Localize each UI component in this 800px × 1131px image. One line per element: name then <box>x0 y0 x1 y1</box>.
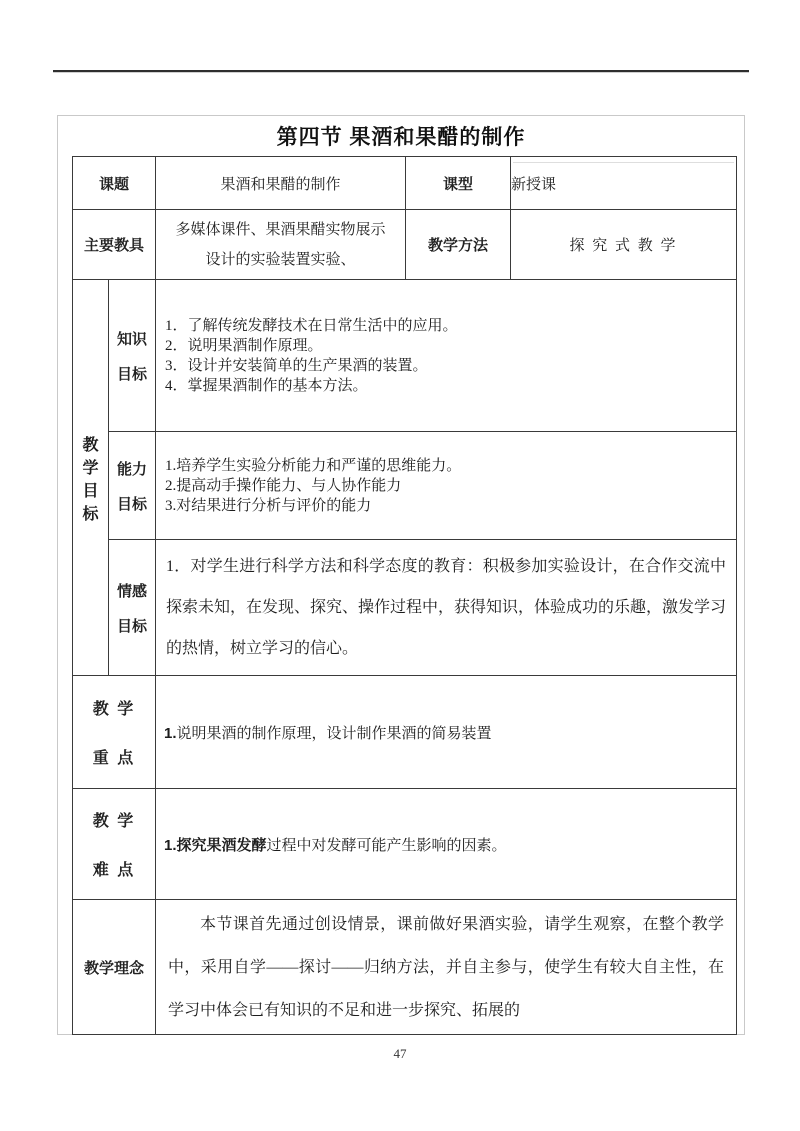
difficulty-label-cell: 教 学 难 点 <box>73 789 156 900</box>
emotion-goal-text: 1．对学生进行科学方法和科学态度的教育：积极参加实验设计，在合作交流中探索未知，… <box>156 540 736 675</box>
tools-value-line2: 设计的实验装置实验、 <box>206 249 356 271</box>
emotion-goal-label-line2: 目标 <box>117 615 147 636</box>
course-type-label-cell: 课型 <box>406 157 511 210</box>
knowledge-item-1: 1．了解传统发酵技术在日常生活中的应用。 <box>165 316 728 336</box>
ability-goal-label-line1: 能力 <box>117 458 147 479</box>
philosophy-text: 本节课首先通过创设情景，课前做好果酒实验，请学生观察，在整个教学中，采用自学——… <box>156 901 736 1034</box>
page-title: 第四节 果酒和果醋的制作 <box>58 122 744 154</box>
lesson-plan-table: 课题 果酒和果醋的制作 课型 新授课 主要教具 多媒体课件、果酒果醋实物展示 设… <box>72 156 737 1035</box>
ability-goal-label-cell: 能力 目标 <box>109 432 156 540</box>
course-type-value: 新授课 <box>511 177 556 193</box>
knowledge-item-3: 3．设计并安装简单的生产果酒的装置。 <box>165 356 728 376</box>
difficulty-label-line2: 难 点 <box>93 857 135 880</box>
header-rule <box>53 70 749 73</box>
difficulty-label-line1: 教 学 <box>93 808 135 831</box>
knowledge-goal-label-line2: 目标 <box>117 363 147 384</box>
ability-item-3: 3.对结果进行分析与评价的能力 <box>165 496 728 516</box>
topic-label-cell: 课题 <box>73 157 156 210</box>
philosophy-label-cell: 教学理念 <box>73 900 156 1035</box>
knowledge-goal-label-line1: 知识 <box>117 328 147 349</box>
emotion-goal-label-line1: 情感 <box>117 580 147 601</box>
goals-char-3: 目 <box>82 478 98 501</box>
tools-label-cell: 主要教具 <box>73 210 156 280</box>
document-page: 第四节 果酒和果醋的制作 课题 果酒和果醋的制作 课型 新授课 主要教具 <box>0 0 800 1131</box>
tools-value-line1: 多媒体课件、果酒果醋实物展示 <box>176 219 386 241</box>
difficulty-text-cell: 1.探究果酒发酵过程中对发酵可能产生影响的因素。 <box>156 789 737 900</box>
knowledge-goal-label-cell: 知识 目标 <box>109 280 156 432</box>
course-type-value-cell: 新授课 <box>511 157 737 210</box>
emotion-goal-text-cell: 1．对学生进行科学方法和科学态度的教育：积极参加实验设计，在合作交流中探索未知，… <box>156 540 737 676</box>
method-value-cell: 探 究 式 教 学 <box>511 210 737 280</box>
goals-char-4: 标 <box>82 501 98 524</box>
philosophy-text-cell: 本节课首先通过创设情景，课前做好果酒实验，请学生观察，在整个教学中，采用自学——… <box>156 900 737 1035</box>
focus-number: 1. <box>164 725 177 742</box>
emotion-goal-label-cell: 情感 目标 <box>109 540 156 676</box>
focus-label-line1: 教 学 <box>93 696 135 719</box>
ability-goal-label-line2: 目标 <box>117 493 147 514</box>
focus-label-line2: 重 点 <box>93 745 135 768</box>
page-number: 47 <box>0 1046 800 1062</box>
difficulty-bold-part: 1.探究果酒发酵 <box>164 837 267 854</box>
topic-value-cell: 果酒和果醋的制作 <box>156 157 406 210</box>
focus-text-cell: 1.说明果酒的制作原理，设计制作果酒的简易装置 <box>156 676 737 789</box>
goals-char-1: 教 <box>82 432 98 455</box>
knowledge-goal-items-cell: 1．了解传统发酵技术在日常生活中的应用。 2．说明果酒制作原理。 3．设计并安装… <box>156 280 737 432</box>
difficulty-text: 过程中对发酵可能产生影响的因素。 <box>267 838 507 854</box>
focus-label-cell: 教 学 重 点 <box>73 676 156 789</box>
knowledge-item-2: 2．说明果酒制作原理。 <box>165 336 728 356</box>
ability-item-2: 2.提高动手操作能力、与人协作能力 <box>165 476 728 496</box>
knowledge-item-4: 4．掌握果酒制作的基本方法。 <box>165 376 728 396</box>
scan-artifact-line <box>513 162 734 163</box>
ability-item-1: 1.培养学生实验分析能力和严谨的思维能力。 <box>165 456 728 476</box>
method-label-cell: 教学方法 <box>406 210 511 280</box>
ability-goal-items-cell: 1.培养学生实验分析能力和严谨的思维能力。 2.提高动手操作能力、与人协作能力 … <box>156 432 737 540</box>
focus-text: 说明果酒的制作原理，设计制作果酒的简易装置 <box>177 726 492 742</box>
goals-char-2: 学 <box>82 455 98 478</box>
content-box: 第四节 果酒和果醋的制作 课题 果酒和果醋的制作 课型 新授课 主要教具 <box>57 115 745 1035</box>
goals-vertical-label-cell: 教 学 目 标 <box>73 280 109 676</box>
tools-value-cell: 多媒体课件、果酒果醋实物展示 设计的实验装置实验、 <box>156 210 406 280</box>
